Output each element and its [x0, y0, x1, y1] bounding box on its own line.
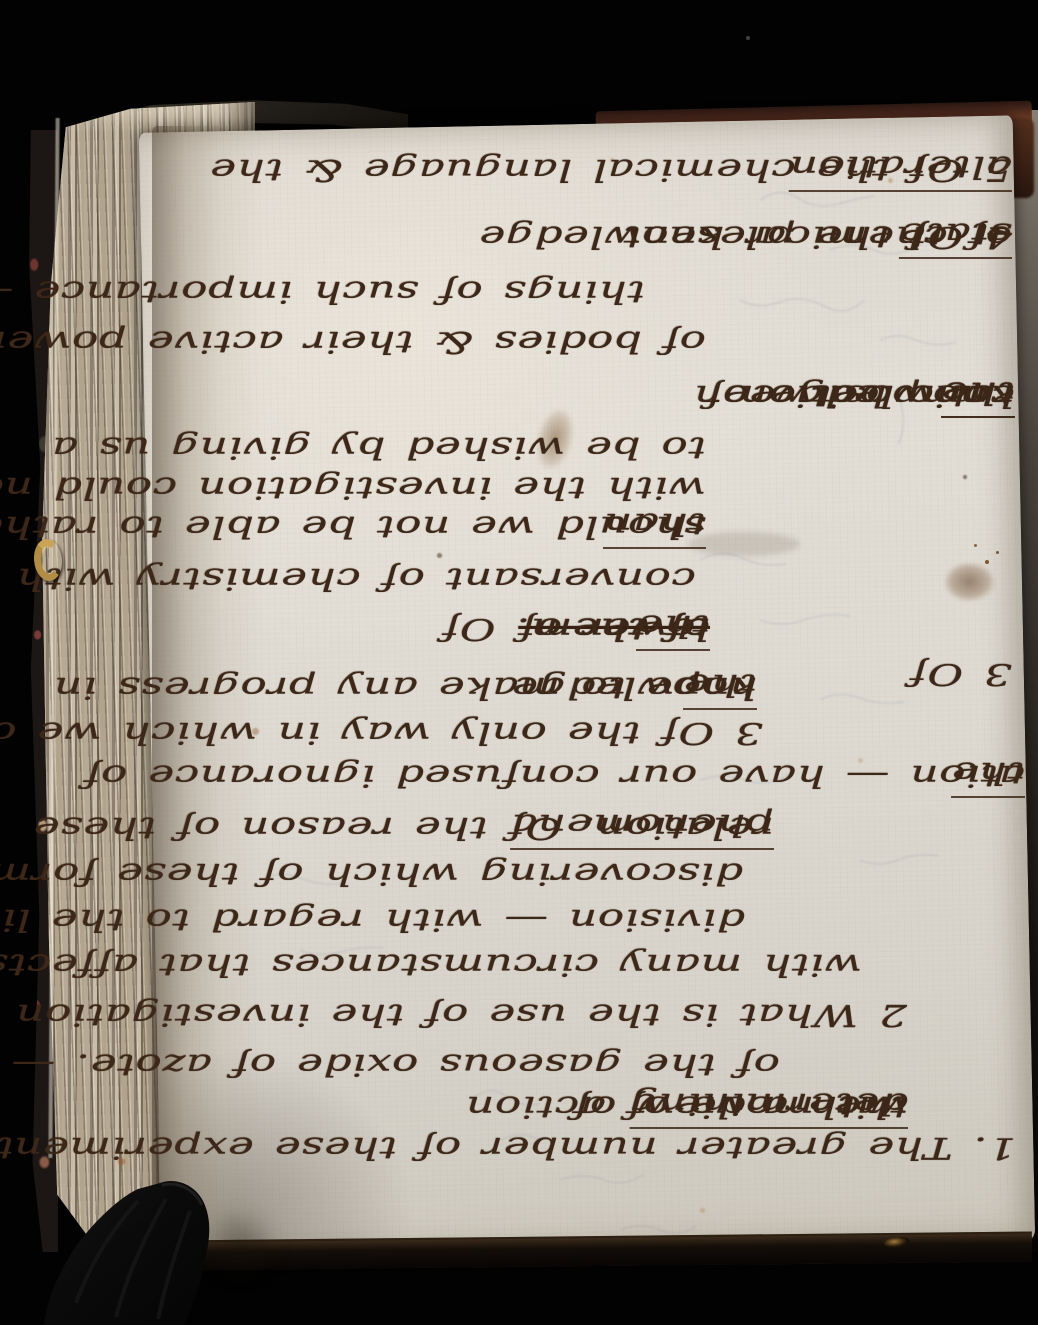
manuscript-photo: 5 Of the chemical language & the alterat…	[0, 0, 1038, 1325]
text-line: of the lower of of them. Of the	[230, 605, 710, 651]
line-text: knowledge	[512, 664, 757, 710]
line-text: should we not be able to rather	[0, 503, 706, 549]
text-line: things of such importance —	[345, 268, 645, 314]
text-line: 3 Of the only way in which we can	[183, 709, 763, 755]
text-line: 3 Of	[948, 650, 1012, 696]
text-line: 5 Of the chemical language & the alterat…	[200, 146, 1012, 192]
underlined-word: than	[604, 500, 706, 549]
text-line: 2 What is the use of the investigation o…	[193, 991, 907, 1037]
text-line: discovering which of these forms phenome…	[211, 850, 743, 896]
text-line: of bodies & their active powers &c	[318, 318, 706, 364]
text-line: with a view of determining the mode of a…	[268, 1083, 908, 1129]
line-text: of chemical knowledge	[479, 213, 1012, 259]
line-text: 3 Of	[910, 650, 1012, 696]
text-line: knowledge of the ratio between the compo…	[185, 372, 1015, 418]
text-line: 1. The greater number of these experimen…	[200, 1124, 1016, 1170]
line-text: 3 Of the only way in which we can	[0, 709, 763, 755]
text-line: with many circumstances that affects my	[185, 941, 862, 987]
underlined-word: the	[637, 602, 710, 651]
line-text: 2 What is the use of the investigation o…	[0, 991, 907, 1037]
line-text: ation — have our confused ignorance of	[84, 752, 1025, 798]
text-line: conversant of chemistry with them —	[250, 555, 696, 601]
underlined-word: phenomena	[511, 801, 774, 850]
text-line: ation — have our confused ignorance of t…	[183, 752, 1025, 798]
text-line: 4 Of the present state of chemical knowl…	[195, 213, 1012, 259]
line-text: division — with regard to the living act…	[0, 896, 745, 942]
gloved-finger	[20, 1155, 280, 1325]
line-text: discovering which of these forms phenome…	[0, 850, 743, 896]
line-text: with many circumstances that affects my	[0, 941, 862, 987]
line-text: of bodies & their active powers &c	[0, 318, 706, 364]
line-text: the mode of action	[466, 1083, 908, 1129]
manuscript-text: 5 Of the chemical language & the alterat…	[0, 0, 1038, 1325]
text-line: relation. Of the reason of these phenome…	[206, 804, 774, 850]
underlined-word: the	[952, 749, 1025, 798]
line-text: conversant of chemistry with them —	[0, 555, 696, 601]
line-text: composition	[739, 372, 1015, 418]
text-line: division — with regard to the living act…	[183, 896, 745, 942]
text-line: hope to make any progress in the knowled…	[185, 664, 757, 710]
text-line: should we not be able to rather than	[192, 503, 706, 549]
line-text: things of such importance —	[0, 268, 645, 314]
underlined-word: alteration	[789, 143, 1012, 192]
